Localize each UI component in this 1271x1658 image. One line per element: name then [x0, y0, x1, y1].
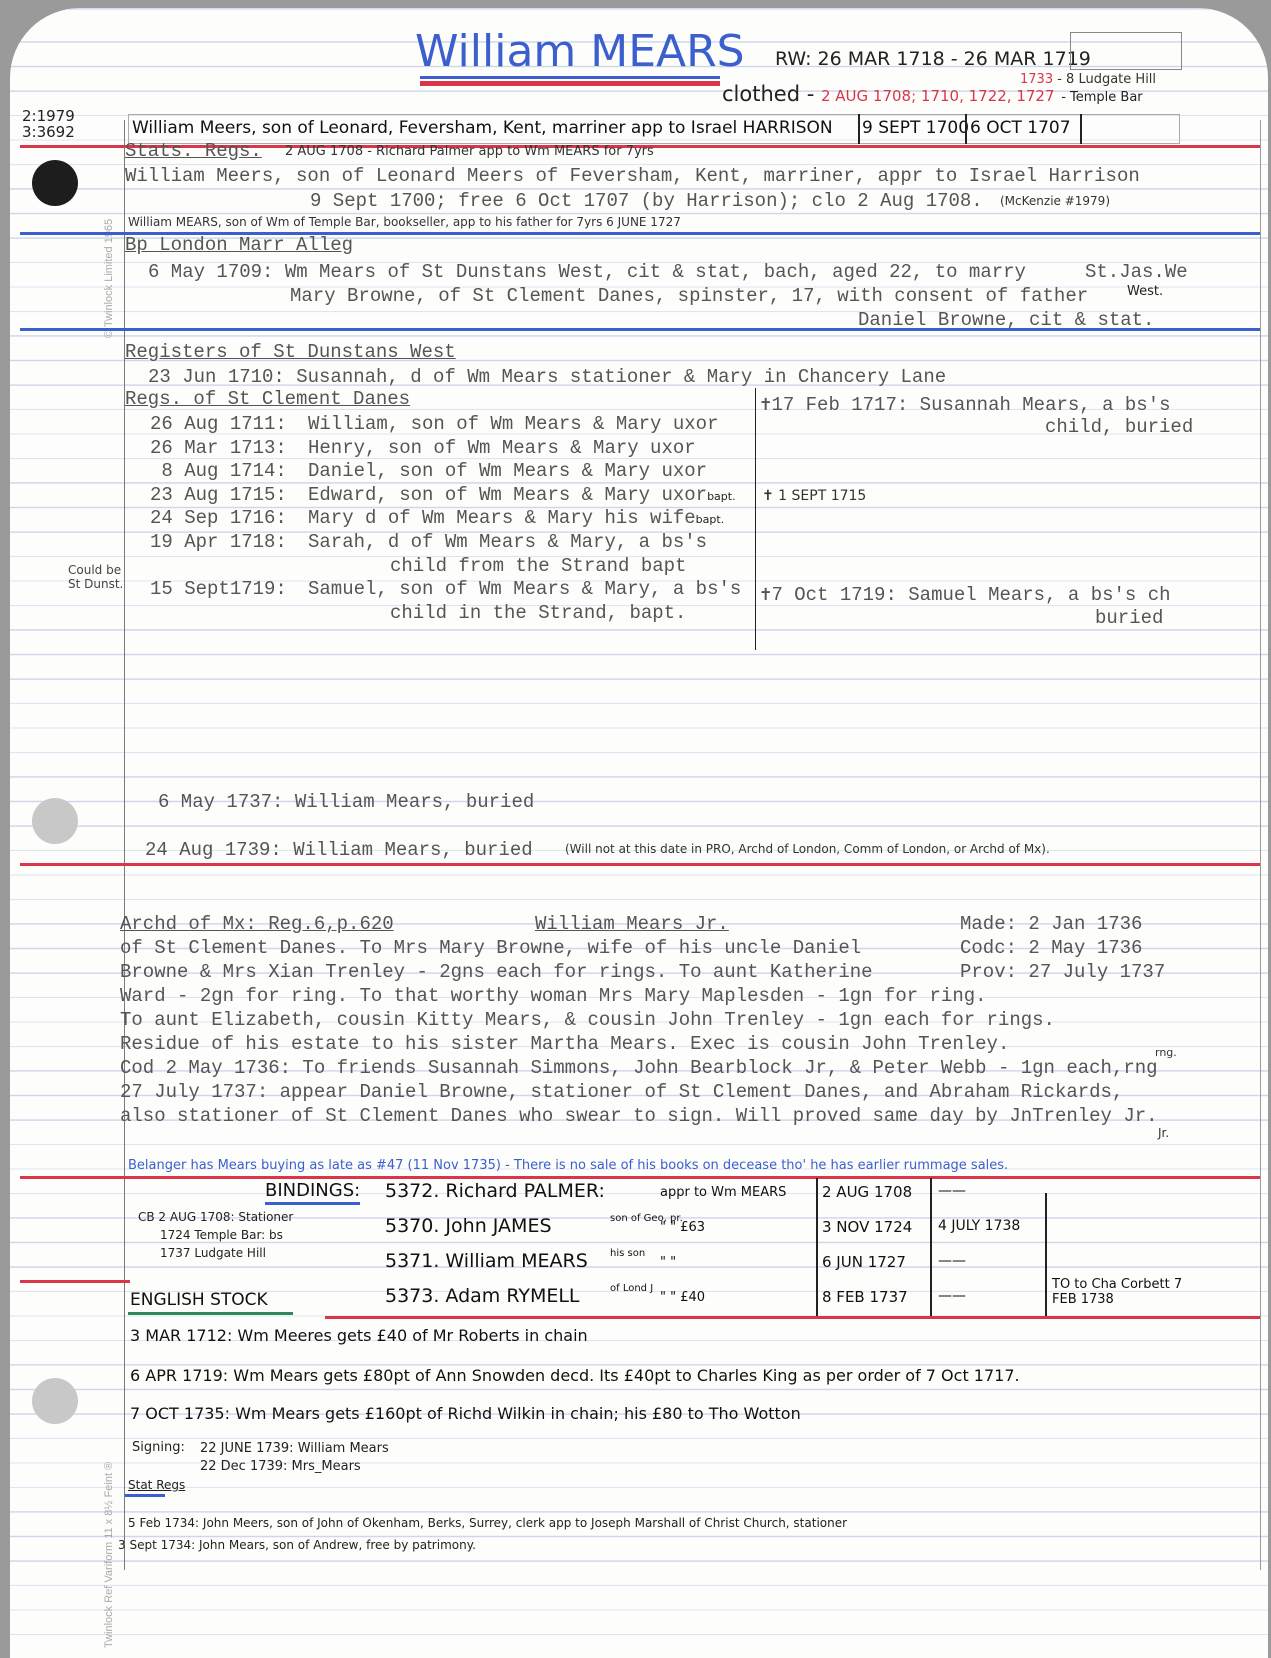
will-line: of St Clement Danes. To Mrs Mary Browne,… [120, 937, 861, 959]
clothed-line: clothed - 2 AUG 1708; 1710, 1722, 1727 -… [722, 82, 1143, 106]
right-margin-line [1260, 120, 1261, 1570]
stock-entry: 7 OCT 1735: Wm Mears gets £160pt of Rich… [130, 1404, 801, 1423]
baptism-entry: 23 Aug 1715:Edward, son of Wm Mears & Ma… [150, 484, 736, 506]
printer-mark: © Twinlock Limited 1965 [103, 219, 115, 338]
baptism-entry: 19 Apr 1718:Sarah, d of Wm Mears & Mary,… [150, 531, 707, 553]
binding-note: of Lond J [610, 1283, 653, 1294]
will-line: 27 July 1737: appear Daniel Browne, stat… [120, 1081, 1123, 1103]
stats-regs-note: 2 AUG 1708 - Richard Palmer app to Wm ME… [285, 144, 654, 159]
left-refs: 2:19793:3692 [22, 108, 75, 140]
binding-freed-date: —— [938, 1183, 966, 1199]
belanger-note: Belanger has Mears buying as late as #47… [128, 1158, 1008, 1173]
dunstans-heading: Registers of St Dunstans West [125, 341, 456, 363]
index-card: © Twinlock Limited 1965 Twinlock Ref Var… [10, 8, 1268, 1658]
binding-bound-date: 2 AUG 1708 [822, 1183, 912, 1201]
stock-entry: 6 APR 1719: Wm Mears gets £80pt of Ann S… [130, 1366, 1020, 1385]
will-line: Ward - 2gn for ring. To that worthy woma… [120, 985, 987, 1007]
binding-bound-date: 6 JUN 1727 [822, 1253, 906, 1271]
punch-hole-icon [32, 1378, 78, 1424]
binding-bound-date: 3 NOV 1724 [822, 1218, 912, 1236]
margin-line [124, 120, 125, 1570]
freed-date: 6 OCT 1707 [970, 118, 1071, 138]
clement-heading: Regs. of St Clement Danes [125, 388, 410, 410]
will-line: Cod 2 May 1736: To friends Susannah Simm… [120, 1057, 1158, 1079]
punch-hole-icon [32, 798, 78, 844]
will-line: Browne & Mrs Xian Trenley - 2gns each fo… [120, 961, 873, 983]
binding-entry: 5370. John JAMES [385, 1215, 552, 1237]
will-name: William Mears Jr. [535, 913, 729, 935]
corner-box [1070, 32, 1182, 70]
bound-date: 9 SEPT 1700 [862, 118, 969, 138]
will-line: also stationer of St Clement Danes who s… [120, 1105, 1158, 1127]
burial-1737: 6 May 1737: William Mears, buried [158, 791, 534, 813]
binding-extra: TO to Cha Corbett 7 FEB 1738 [1052, 1277, 1192, 1307]
punch-hole-icon [32, 160, 78, 206]
baptism-entry: 8 Aug 1714:Daniel, son of Wm Mears & Mar… [150, 460, 707, 482]
signing-list: 22 JUNE 1739: William Mears22 Dec 1739: … [200, 1440, 389, 1476]
will-source: Archd of Mx: Reg.6,p.620 [120, 913, 394, 935]
burial-entry: ✝ 1 SEPT 1715 [762, 488, 866, 504]
binding-freed-date: —— [938, 1288, 966, 1304]
apprentice-record: William Meers, son of Leonard, Feversham… [132, 118, 833, 138]
binding-entry: 5371. William MEARS [385, 1250, 588, 1272]
binding-detail: " " [660, 1255, 676, 1270]
baptism-entry: 24 Sep 1716:Mary d of Wm Mears & Mary hi… [150, 507, 724, 529]
will-line: To aunt Elizabeth, cousin Kitty Mears, &… [120, 1009, 1055, 1031]
will-line: Residue of his estate to his sister Mart… [120, 1033, 1009, 1055]
rw-dates: RW: 26 MAR 1718 - 26 MAR 1719 [775, 48, 1091, 70]
baptism-entry: 15 Sept1719:Samuel, son of Wm Mears & Ma… [150, 578, 741, 600]
page-title: William MEARS [415, 26, 745, 77]
english-stock-heading: ENGLISH STOCK [130, 1290, 268, 1310]
baptism-entry: child from the Strand bapt [150, 555, 686, 577]
binding-entry: 5372. Richard PALMER: [385, 1180, 605, 1202]
baptism-entry: 26 Mar 1713:Henry, son of Wm Mears & Mar… [150, 437, 696, 459]
binding-bound-date: 8 FEB 1737 [822, 1288, 908, 1306]
baptism-entry: child in the Strand, bapt. [150, 602, 686, 624]
binding-detail: " " £63 [660, 1220, 705, 1235]
bindings-heading: BINDINGS: [265, 1180, 360, 1201]
binding-freed-date: —— [938, 1253, 966, 1269]
marriage-heading: Bp London Marr Alleg [125, 234, 353, 256]
binding-detail: appr to Wm MEARS [660, 1185, 786, 1200]
margin-note: Could beSt Dunst. [68, 563, 123, 591]
cb-notes: CB 2 AUG 1708: Stationer 1724 Temple Bar… [138, 1208, 293, 1262]
burial-entry: ✝17 Feb 1717: Susannah Mears, a bs's [760, 393, 1171, 416]
binding-entry: 5373. Adam RYMELL [385, 1285, 580, 1307]
printer-mark: Twinlock Ref Variform 11 x 8½ Feint ® [103, 1462, 115, 1648]
burial-entry: ✝7 Oct 1719: Samuel Mears, a bs's ch [760, 583, 1171, 606]
stat-regs-heading: Stat Regs [128, 1478, 185, 1492]
binding-freed-date: 4 JULY 1738 [938, 1218, 1020, 1234]
stats-regs-heading: Stats. Regs. [125, 140, 262, 162]
baptism-entry: 26 Aug 1711:William, son of Wm Mears & M… [150, 413, 718, 435]
binding-detail: " " £40 [660, 1290, 705, 1305]
binding-note: his son [610, 1248, 645, 1259]
burial-1739: 24 Aug 1739: William Mears, buried [145, 839, 533, 861]
stock-entry: 3 MAR 1712: Wm Meeres gets £40 of Mr Rob… [130, 1326, 588, 1345]
